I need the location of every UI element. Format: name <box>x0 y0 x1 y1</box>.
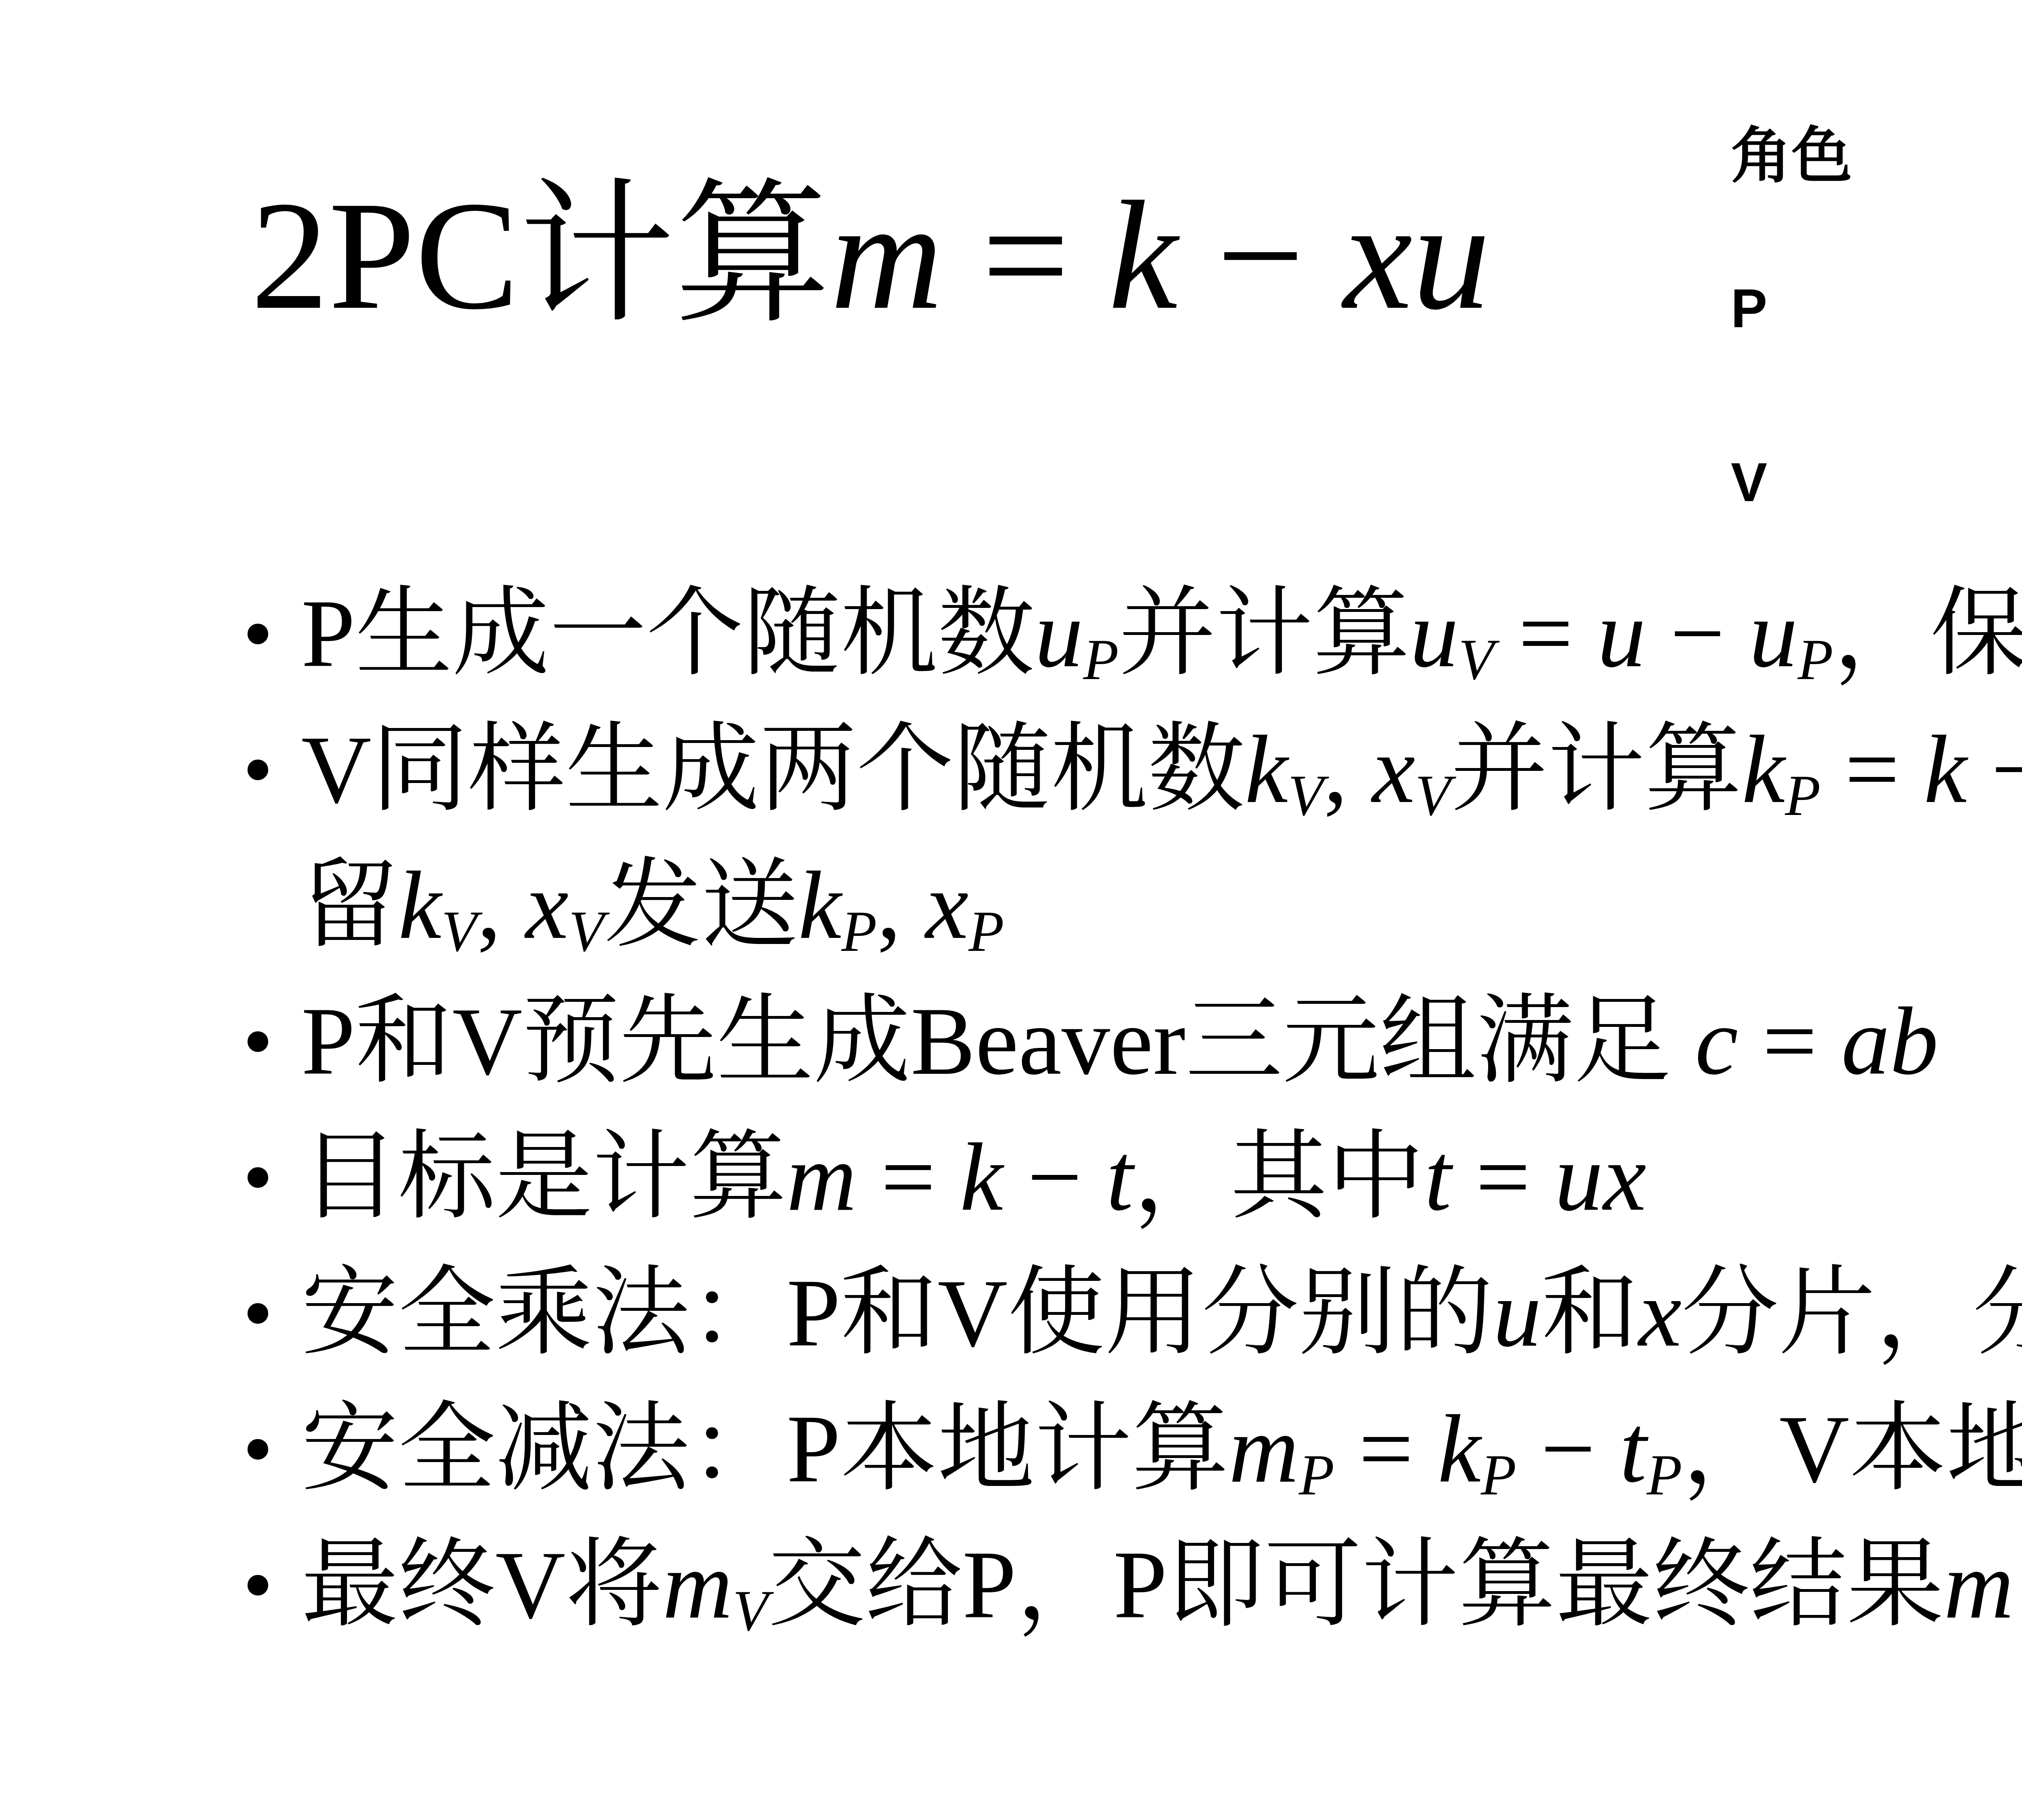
bullet-item: •V同样生成两个随机数kV, xV并计算kP = k − kV, xP = x … <box>243 701 2022 973</box>
bullet-text: 安全减法：P本地计算mP = kP − tP，V本地计算mV = kV − tV <box>301 1395 2022 1503</box>
table-row-v: V k, x B 不能知 道 u B 不必知 道结果 m <box>1731 415 2022 550</box>
cell-role-p: P <box>1731 274 2022 343</box>
slide-title-formula: m = k − xu <box>830 169 1490 342</box>
bullet-list: •P生成一个随机数uP并计算uV = u − uP，保留uP发送uV •V同样生… <box>243 565 2022 1653</box>
bullet-dot: • <box>243 701 273 837</box>
bullet-text: P和V预先生成Beaver三元组满足 c = ab <box>301 987 1938 1095</box>
bullet-dot: • <box>243 1245 273 1381</box>
bullet-dot: • <box>243 1381 273 1517</box>
bullet-item: •目标是计算m = k − t，其中t = ux <box>243 1109 2022 1245</box>
bullet-text: P生成一个随机数uP并计算uV = u − uP，保留uP发送uV <box>301 580 2022 687</box>
bullet-item: •P和V预先生成Beaver三元组满足 c = ab <box>243 973 2022 1109</box>
bullet-dot: • <box>243 973 273 1109</box>
bullet-text: V同样生成两个随机数kV, xV并计算kP = k − kV, xP = x −… <box>301 715 2022 959</box>
bullet-item: •安全乘法：P和V使用分别的u和x分片，分别得到t_P和t_V <box>243 1245 2022 1381</box>
slide-title: 2PC计算m = k − xu <box>251 174 1490 337</box>
bullet-item: •P生成一个随机数uP并计算uV = u − uP，保留uP发送uV <box>243 565 2022 701</box>
bullet-text: 目标是计算m = k − t，其中t = ux <box>301 1123 1646 1231</box>
table-header-row: 角色 输入 秘密要求 结果要求 <box>1731 121 2022 190</box>
bullet-text: 安全乘法：P和V使用分别的u和x分片，分别得到t_P和t_V <box>301 1259 2022 1367</box>
bullet-dot: • <box>243 1109 273 1245</box>
bullet-item: •安全减法：P本地计算mP = kP − tP，V本地计算mV = kV − t… <box>243 1381 2022 1517</box>
slide-title-text: 2PC计算 <box>251 169 830 342</box>
presentation-slide: 2PC计算m = k − xu 角色 输入 秘密要求 结果要求 P u A 不能… <box>0 0 2022 1820</box>
bullet-dot: • <box>243 1517 273 1653</box>
cell-role-v: V <box>1731 448 2022 517</box>
table-row-p: P u A 不能知 道k和x A 必须知 道结果m <box>1731 241 2022 377</box>
bullet-text: 最终V将mV交给P，P即可计算最终结果m = mP + mV <box>301 1531 2022 1638</box>
bullet-dot: • <box>243 565 273 701</box>
column-header-role: 角色 <box>1731 121 2022 190</box>
bullet-item: •最终V将mV交给P，P即可计算最终结果m = mP + mV <box>243 1517 2022 1653</box>
